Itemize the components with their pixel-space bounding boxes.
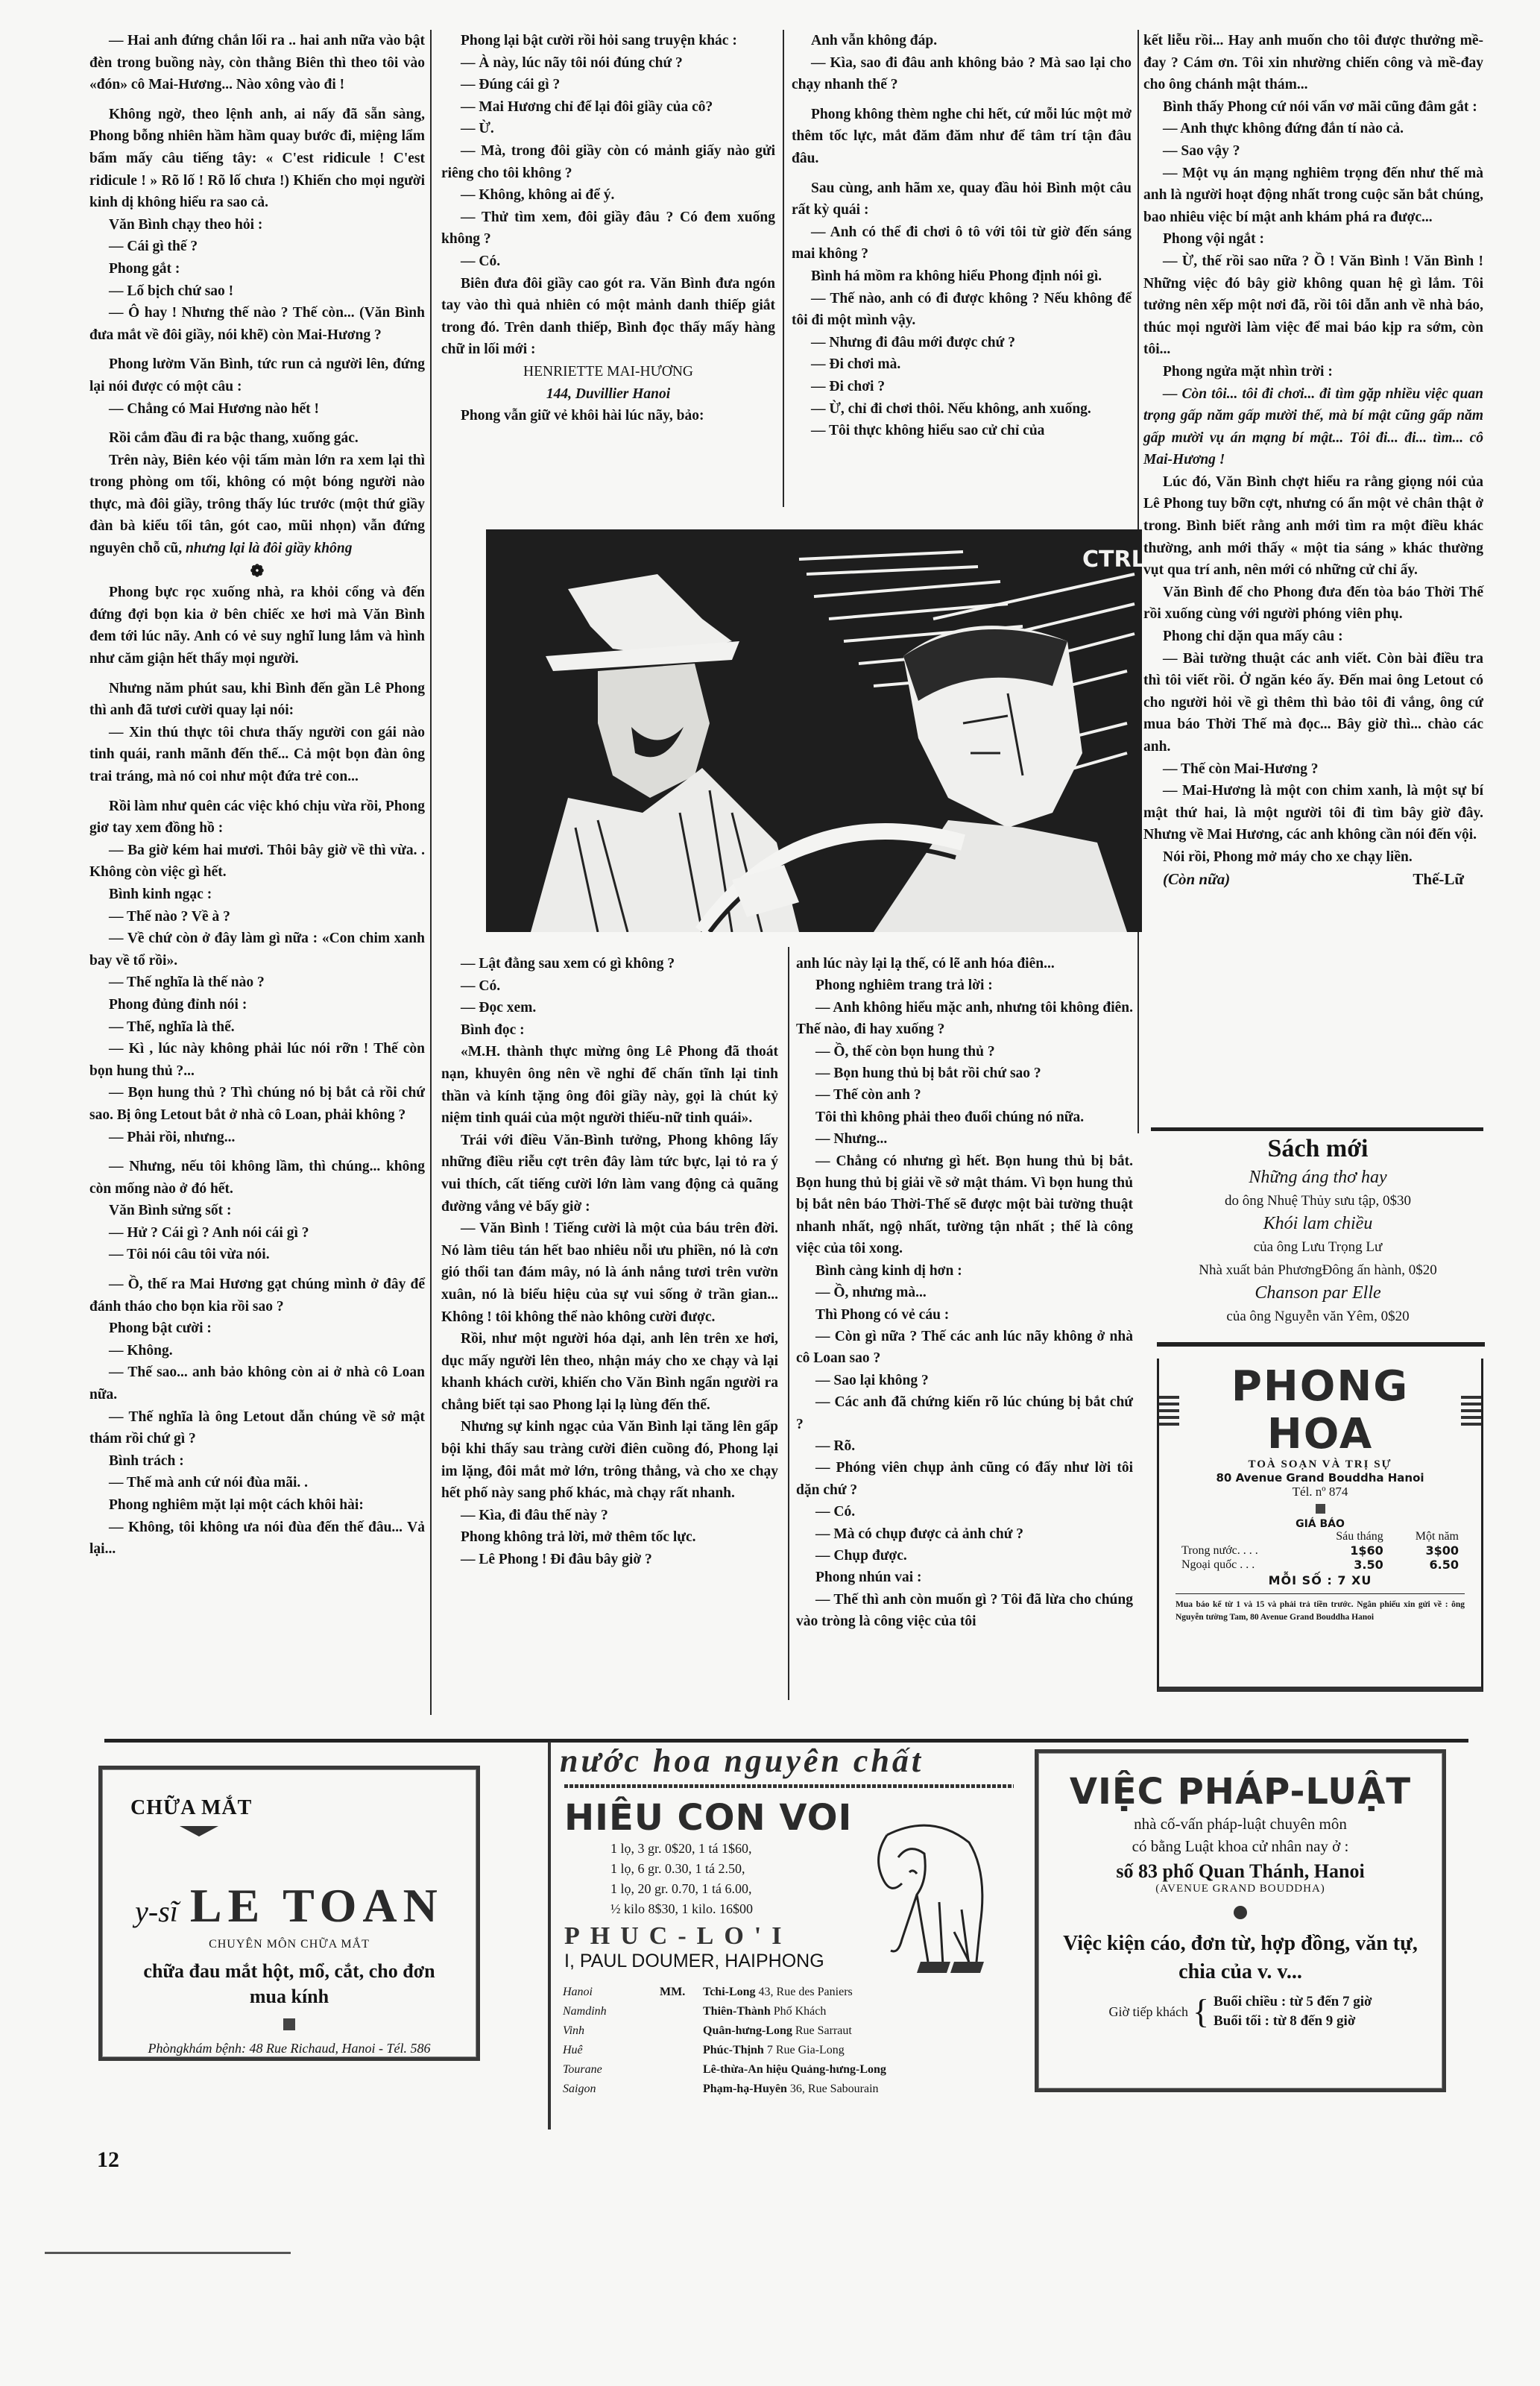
column-header: Một năm [1386,1530,1462,1543]
clinic-address: Phòngkhám bệnh: 48 Rue Richaud, Hanoi - … [102,2041,476,2056]
italic-text: nhưng lại là đôi giầy không [186,541,353,556]
paragraph: Biên đưa đôi giầy cao gót ra. Văn Bình đ… [441,273,775,361]
office-address: số 83 phố Quan Thánh, Hanoi [1038,1860,1442,1883]
paragraph: — Thế còn Mai-Hương ? [1143,758,1483,781]
agent-info: Phúc-Thịnh 7 Rue Gia-Long [703,2041,894,2060]
new-books-heading: Sách mới [1154,1132,1482,1166]
paragraph: Văn Bình sửng sốt : [89,1200,425,1222]
hours-label: Giờ tiếp khách [1108,2004,1188,2020]
ad-line: có bằng Luật khoa cử nhân nay ở : [1038,1835,1442,1857]
ad-line: nhà cố-vấn pháp-luật chuyên môn [1038,1813,1442,1835]
paragraph: «M.H. thành thực mừng ông Lê Phong đã th… [441,1041,778,1129]
section-divider [1151,1127,1483,1131]
paragraph: Phong chỉ dặn qua mấy câu : [1143,626,1483,648]
paragraph: — Sao vậy ? [1143,140,1483,163]
paragraph: Bình kinh ngạc : [89,884,425,906]
paragraph: Bình càng kinh dị hơn : [796,1260,1133,1282]
table-row: VinhQuân-hưng-Long Rue Sarraut [563,2021,894,2041]
paragraph: Phong vội ngắt : [1143,228,1483,251]
agent-address: Phố Khách [774,2005,827,2018]
column-divider [783,30,784,507]
paragraph: Rồi làm như quên các việc khó chịu vừa r… [89,796,425,840]
paragraph: kết liễu rồi... Hay anh muốn cho tôi đượ… [1143,30,1483,96]
agent-city: Vinh [563,2021,660,2041]
agent-name: Thiên-Thành [703,2005,771,2018]
paragraph: Nhưng năm phút sau, khi Bình đến gần Lê … [89,678,425,722]
book-info: Nhà xuất bản PhươngĐông ấn hành, 0$20 [1154,1259,1482,1282]
agent-address: 36, Rue Sabourain [790,2083,879,2095]
paragraph: Tôi thì không phải theo đuổi chúng nó nữ… [796,1107,1133,1128]
paragraph-italic: — Còn tôi... tôi đi chơi... đi tìm gặp n… [1143,383,1483,471]
down-arrow-icon [180,1826,218,1836]
paragraph: Phong nghiêm trang trả lời : [796,975,1133,996]
doctor-name: LE TOAN [190,1878,444,1933]
business-card-name: HENRIETTE MAI-HƯƠNG [441,361,775,383]
decorative-bars-icon [1461,1396,1481,1426]
ad-heading: CHỮA MẮT [130,1796,476,1820]
doctor-name-row: y-sĩ LE TOAN [102,1878,476,1933]
page-number: 12 [97,2147,119,2173]
agent-city: Hanoi [563,1983,660,2002]
table-row: HuêPhúc-Thịnh 7 Rue Gia-Long [563,2041,894,2060]
paragraph: — Thử tìm xem, đôi giầy đâu ? Có đem xuố… [441,207,775,251]
paragraph: — Chụp được. [796,1545,1133,1567]
paragraph: — Chẳng có nhưng gì hết. Bọn hung thủ bị… [796,1150,1133,1260]
masthead-office: TOÀ SOẠN VÀ TRỊ SỰ [1159,1458,1481,1471]
paragraph: Phong lườm Văn Bình, tức run cả người lê… [89,353,425,397]
paragraph: Trái với điều Văn-Bình tưởng, Phong khôn… [441,1130,778,1218]
agent-info: Quân-hưng-Long Rue Sarraut [703,2021,894,2041]
paragraph: Phong vẫn giữ vẻ khôi hài lúc nãy, bảo: [441,405,775,427]
masthead-box: PHONG HOA TOÀ SOẠN VÀ TRỊ SỰ 80 Avenue G… [1157,1359,1483,1692]
paragraph: Phong nghiêm mặt lại một cách khôi hài: [89,1494,425,1517]
doctor-specialty: CHUYÊN MÔN CHỮA MẮT [102,1938,476,1951]
legal-services: Việc kiện cáo, đơn từ, hợp đồng, văn tự,… [1038,1930,1442,1986]
paragraph: — Hai anh đứng chắn lối ra .. hai anh nữ… [89,30,425,96]
agent-address: 7 Rue Gia-Long [767,2044,845,2056]
paragraph: Phong bực rọc xuống nhà, ra khỏi cổng và… [89,582,425,670]
table-row: HanoiMM.Tchi-Long 43, Rue des Paniers [563,1983,894,2002]
decorative-bars-icon [1159,1396,1179,1426]
ornament-square-icon [1316,1504,1325,1514]
paragraph: — Kìa, đi đâu thế này ? [441,1505,778,1527]
paragraph: Thì Phong có vẻ cáu : [796,1304,1133,1326]
paragraph: — Mai Hương chỉ để lại đôi giầy của cô? [441,96,775,119]
elephant-icon [857,1813,991,1984]
paragraph: — Sao lại không ? [796,1370,1133,1391]
paragraph: — Nhưng... [796,1128,1133,1150]
paragraph: Nói rồi, Phong mở máy cho xe chạy liền. [1143,846,1483,869]
paragraph: — Kì , lúc này không phải lúc nói rỡn ! … [89,1038,425,1082]
newspaper-page: — Hai anh đứng chắn lối ra .. hai anh nữ… [0,0,1540,2386]
paragraph: Lúc đó, Văn Bình chợt hiểu ra rằng giọng… [1143,471,1483,582]
row-label: Trong nước. . . . [1178,1543,1304,1558]
article-column-3-top: Anh vẫn không đáp. — Kìa, sao đi đâu anh… [792,30,1132,442]
paragraph: Rồi cắm đầu đi ra bậc thang, xuống gác. [89,427,425,450]
price-heading: GIÁ BÁO [1159,1518,1481,1530]
book-info: do ông Nhuệ Thủy sưu tập, 0$30 [1154,1189,1482,1212]
table-row: NamdinhThiên-Thành Phố Khách [563,2002,894,2021]
paragraph: — Thế mà anh cứ nói đùa mãi. . [89,1472,425,1494]
paragraph: — Có. [441,251,775,273]
subscription-table: Sáu tháng Một năm Trong nước. . . . 1$60… [1178,1530,1462,1572]
paragraph: — Còn gì nữa ? Thế các anh lúc nãy không… [796,1326,1133,1370]
continued-label: (Còn nữa) [1163,869,1230,891]
paragraph: — Ồ, thế ra Mai Hương gạt chúng mình ở đ… [89,1274,425,1318]
table-header-row: Sáu tháng Một năm [1178,1530,1462,1543]
agent-name: Phạm-hạ-Huyên [703,2083,787,2095]
paragraph: Văn Bình chạy theo hỏi : [89,214,425,236]
table-row: TouraneLê-thừa-An hiệu Quảng-hưng-Long [563,2060,894,2080]
agent-name: Quân-hưng-Long [703,2024,792,2037]
book-title: Những áng thơ hay [1154,1166,1482,1189]
paragraph: — Ừ. [441,118,775,140]
doctor-services: chữa đau mắt hột, mổ, cắt, cho đơn mua k… [102,1959,476,2009]
paragraph: Phong nhún vai : [796,1567,1133,1588]
paragraph: — Một vụ án mạng nghiêm trọng đến như th… [1143,163,1483,229]
paragraph: Phong không trả lời, mở thêm tốc lực. [441,1526,778,1549]
paragraph: — Xin thú thực tôi chưa thấy người con g… [89,722,425,788]
brace-icon: { [1193,1997,1209,2027]
paragraph: — Lật đằng sau xem có gì không ? [441,953,778,975]
article-column-4: kết liễu rồi... Hay anh muốn cho tôi đượ… [1143,30,1483,890]
paragraph: Phong lại bật cười rồi hỏi sang truyện k… [441,30,775,52]
masthead-phone: Tél. nº 874 [1159,1485,1481,1499]
office-hours: Giờ tiếp khách { Buổi chiều : từ 5 đến 7… [1038,1992,1442,2031]
paragraph: — Ừ, chỉ đi chơi thôi. Nếu không, anh xu… [792,398,1132,421]
paragraph: Bình trách : [89,1450,425,1473]
ad-heading: VIỆC PHÁP-LUẬT [1038,1771,1442,1813]
subscription-note: Mua báo kể từ 1 và 15 và phải trả tiền t… [1175,1593,1465,1624]
paragraph: — Đi chơi mà. [792,353,1132,376]
agents-table: HanoiMM.Tchi-Long 43, Rue des Paniers Na… [563,1983,894,2099]
new-books-box: Sách mới Những áng thơ hay do ông Nhuệ T… [1154,1132,1482,1328]
paragraph: — Lố bịch chứ sao ! [89,280,425,303]
agent-city: Saigon [563,2080,660,2099]
paragraph: — Anh có thể đi chơi ô tô với tôi từ giờ… [792,221,1132,265]
paragraph: — Mà có chụp được cả ảnh chứ ? [796,1523,1133,1545]
table-row: Ngoại quốc . . . 3.50 6.50 [1178,1558,1462,1572]
hours-list: Buổi chiều : từ 5 đến 7 giờ Buổi tối : t… [1214,1992,1372,2031]
paragraph: Bình thấy Phong cứ nói vẩn vơ mãi cũng đ… [1143,96,1483,119]
paragraph: — Nhưng, nếu tôi không lầm, thì chúng...… [89,1156,425,1200]
paragraph: — Văn Bình ! Tiếng cười là một của báu t… [441,1218,778,1328]
paragraph: — Đọc xem. [441,997,778,1019]
table-row: SaigonPhạm-hạ-Huyên 36, Rue Sabourain [563,2080,894,2099]
section-divider [1157,1342,1485,1347]
paragraph: anh lúc này lại lạ thế, có lẽ anh hóa đi… [796,953,1133,975]
illustration-image: CTRL [486,529,1142,932]
agent-address: 43, Rue des Paniers [759,1986,853,1998]
paragraph: Phong đủng đỉnh nói : [89,994,425,1016]
office-avenue: (AVENUE GRAND BOUDDHA) [1038,1883,1442,1895]
legal-advice-ad: VIỆC PHÁP-LUẬT nhà cố-vấn pháp-luật chuy… [1035,1749,1446,2092]
illustrator-signature: CTRL [1082,547,1142,573]
signature-line: (Còn nữa) Thế-Lữ [1143,869,1483,891]
agent-info: Phạm-hạ-Huyên 36, Rue Sabourain [703,2080,894,2099]
price-one-year: 6.50 [1386,1558,1462,1572]
paragraph: — Kìa, sao đi đâu anh không bảo ? Mà sao… [792,52,1132,96]
agent-address: Rue Sarraut [795,2024,852,2037]
eye-doctor-ad: CHỮA MẮT y-sĩ LE TOAN CHUYÊN MÔN CHỮA MẮ… [98,1766,480,2061]
paragraph: — Bọn hung thủ ? Thì chúng nó bị bắt cả … [89,1082,425,1126]
paragraph: — Thế còn anh ? [796,1084,1133,1106]
agent-city: Namdinh [563,2002,660,2021]
paragraph: — Ô hay ! Nhưng thế nào ? Thế còn... (Vă… [89,302,425,346]
agent-info: Lê-thừa-An hiệu Quảng-hưng-Long [703,2060,894,2080]
paragraph: — À này, lúc nãy tôi nói đúng chứ ? [441,52,775,75]
paragraph: — Tôi thực không hiểu sao cử chỉ của [792,420,1132,442]
paragraph: Bình đọc : [441,1019,778,1042]
hours-line: Buổi chiều : từ 5 đến 7 giờ [1214,1992,1372,2012]
ornament-icon [1234,1906,1247,1919]
column-header: Sáu tháng [1304,1530,1386,1543]
paragraph: — Có. [796,1501,1133,1523]
paragraph: Trên này, Biên kéo vội tấm màn lớn ra xe… [89,450,425,560]
paragraph: — Có. [441,975,778,998]
doctor-prefix: y-sĩ [135,1894,178,1929]
paragraph: — Ừ, thế rồi sao nữa ? Ồ ! Văn Bình ! Vă… [1143,251,1483,361]
business-card-address: 144, Duvillier Hanoi [441,383,775,406]
perfume-ad: nước hoa nguyên chất HIÊU CON VOI 1 lọ, … [548,1742,1014,2130]
column-divider [788,947,789,1700]
paragraph: — Tôi nói câu tôi vừa nói. [89,1244,425,1266]
masthead-address: 80 Avenue Grand Bouddha Hanoi [1159,1471,1481,1485]
paragraph: — Thế sao... anh bảo không còn ai ở nhà … [89,1362,425,1406]
paragraph: Không ngờ, theo lệnh anh, ai nấy đã sẵn … [89,104,425,214]
paragraph: — Anh thực không đứng đắn tí nào cả. [1143,118,1483,140]
paragraph: — Các anh đã chứng kiến rõ lúc chúng bị … [796,1391,1133,1435]
agent-name: Lê-thừa-An hiệu Quảng-hưng-Long [703,2063,886,2076]
paragraph: — Anh không hiểu mặc anh, nhưng tôi khôn… [796,997,1133,1041]
paragraph: Văn Bình để cho Phong đưa đến tòa báo Th… [1143,582,1483,626]
single-issue-price: MỖI SỐ : 7 XU [1159,1573,1481,1587]
hours-line: Buổi tối : từ 8 đến 9 giờ [1214,2012,1372,2031]
paragraph: — Thế nghĩa là ông Letout dẫn chúng về s… [89,1406,425,1450]
paragraph: Anh vẫn không đáp. [792,30,1132,52]
paragraph: — Không. [89,1340,425,1362]
paragraph: Phong bật cười : [89,1318,425,1340]
paragraph: — Thế thì anh còn muốn gì ? Tôi đã lừa c… [796,1589,1133,1633]
agent-city: Huê [563,2041,660,2060]
paragraph: — Không, không ai để ý. [441,184,775,207]
book-title: Khói lam chiều [1154,1212,1482,1236]
woodcut-illustration: CTRL [486,529,1142,932]
paragraph: — Ba giờ kém hai mươi. Thôi bây giờ về t… [89,840,425,884]
paragraph: Rồi, như một người hóa dại, anh lên trên… [441,1328,778,1416]
book-info: của ông Nguyễn văn Yêm, 0$20 [1154,1305,1482,1328]
masthead-title: PHONG HOA [1187,1363,1454,1458]
row-label: Ngoại quốc . . . [1178,1558,1304,1572]
price-one-year: 3$00 [1386,1543,1462,1558]
paragraph: — Thế nào, anh có đi được không ? Nếu kh… [792,288,1132,332]
section-ornament-icon: ❁ [89,560,425,582]
price-six-months: 3.50 [1304,1558,1386,1572]
agent-name: Tchi-Long [703,1986,756,1998]
article-column-2-bottom: — Lật đằng sau xem có gì không ? — Có. —… [441,953,778,1571]
author-name: Thế-Lữ [1413,869,1464,891]
paragraph: — Phóng viên chụp ảnh cũng có đấy như lờ… [796,1457,1133,1501]
paragraph: Phong ngửa mặt nhìn trời : [1143,361,1483,383]
article-column-1: — Hai anh đứng chắn lối ra .. hai anh nữ… [89,30,425,1561]
paragraph: — Chẳng có Mai Hương nào hết ! [89,398,425,421]
paragraph: — Bài tường thuật các anh viết. Còn bài … [1143,648,1483,758]
paragraph: — Lê Phong ! Đi đâu bây giờ ? [441,1549,778,1571]
table-row: Trong nước. . . . 1$60 3$00 [1178,1543,1462,1558]
perfume-tagline: nước hoa nguyên chất [560,1742,1014,1780]
book-info: của ông Lưu Trọng Lư [1154,1236,1482,1259]
paragraph: — Đúng cái gì ? [441,74,775,96]
masthead-title-row: PHONG HOA [1159,1363,1481,1458]
article-column-2-top: Phong lại bật cười rồi hỏi sang truyện k… [441,30,775,427]
book-title: Chanson par Elle [1154,1282,1482,1305]
agent-info: Thiên-Thành Phố Khách [703,2002,894,2021]
paragraph: — Rõ. [796,1435,1133,1457]
paragraph: — Thế nghĩa là thế nào ? [89,972,425,994]
paragraph: — Thế nào ? Về à ? [89,906,425,928]
article-column-3-bottom: anh lúc này lại lạ thế, có lẽ anh hóa đi… [796,953,1133,1633]
paragraph: — Về chứ còn ở đây làm gì nữa : «Con chi… [89,928,425,972]
paragraph: — Bọn hung thủ bị bắt rồi chứ sao ? [796,1063,1133,1084]
agent-city: Tourane [563,2060,660,2080]
bottom-rule [45,2252,291,2254]
agent-info: Tchi-Long 43, Rue des Paniers [703,1983,894,2002]
agent-prefix: MM. [660,1983,703,2002]
paragraph: — Thế, nghĩa là thế. [89,1016,425,1039]
paragraph: Bình há mồm ra không hiểu Phong định nói… [792,265,1132,288]
paragraph: — Mà, trong đôi giầy còn có mảnh giấy nà… [441,140,775,184]
paragraph: — Hử ? Cái gì ? Anh nói cái gì ? [89,1222,425,1244]
paragraph: Nhưng sự kinh ngạc của Văn Bình lại tăng… [441,1416,778,1504]
paragraph: Phong không thèm nghe chi hết, cứ mỗi lú… [792,104,1132,170]
paragraph: — Cái gì thế ? [89,236,425,258]
paragraph: — Đi chơi ? [792,376,1132,398]
ornament-icon [283,2018,295,2030]
paragraph: — Nhưng đi đâu mới được chứ ? [792,332,1132,354]
wavy-divider [564,1784,1014,1788]
agent-name: Phúc-Thịnh [703,2044,764,2056]
paragraph: — Mai-Hương là một con chim xanh, là một… [1143,780,1483,846]
column-divider [430,30,432,1715]
paragraph: — Ồ, thế còn bọn hung thủ ? [796,1041,1133,1063]
paragraph: — Ồ, nhưng mà... [796,1282,1133,1303]
paragraph: Sau cùng, anh hãm xe, quay đầu hỏi Bình … [792,177,1132,221]
paragraph: — Phải rồi, nhưng... [89,1127,425,1149]
paragraph: Phong gắt : [89,258,425,280]
price-six-months: 1$60 [1304,1543,1386,1558]
paragraph: — Không, tôi không ưa nói đùa đến thế đâ… [89,1517,425,1561]
